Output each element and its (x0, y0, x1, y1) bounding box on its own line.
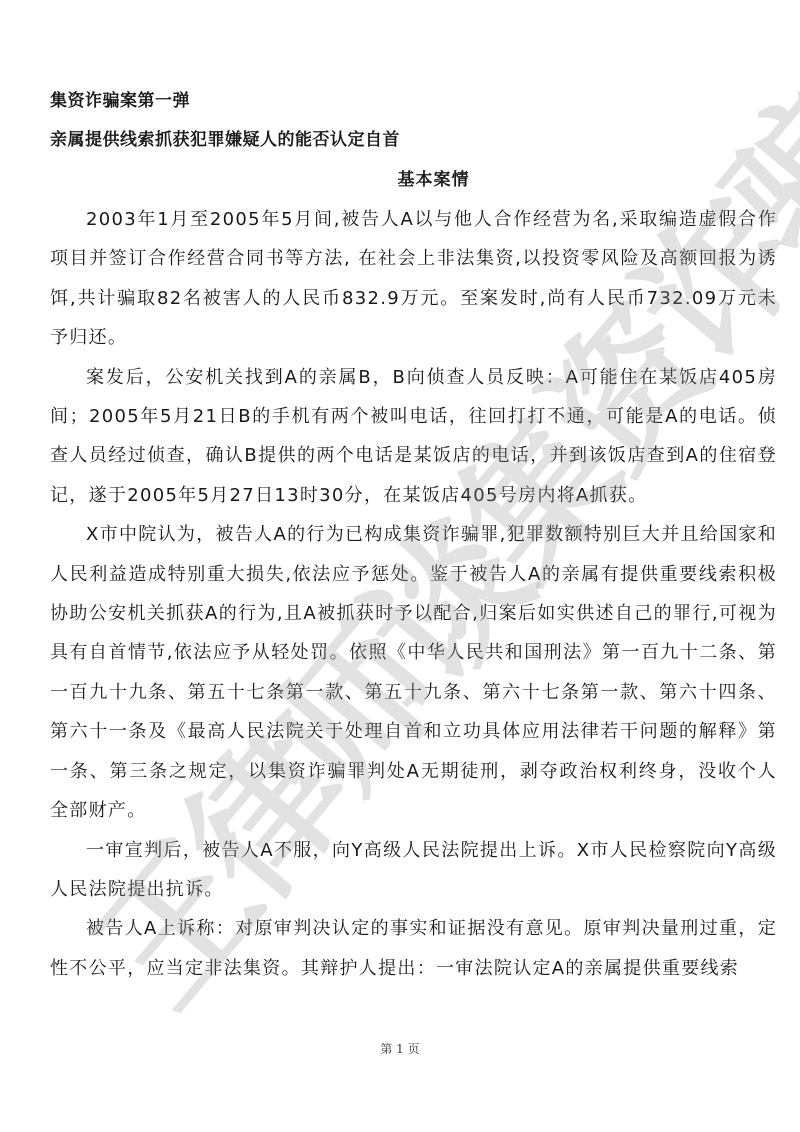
case-title: 亲属提供线索抓获犯罪嫌疑人的能否认定自首 (50, 121, 777, 160)
paragraph-appeal: 一审宣判后，被告人A不服，向Y高级人民法院提出上诉。X市人民检察院向Y高级人民法… (50, 831, 777, 910)
document-body: 集资诈骗案第一弹 亲属提供线索抓获犯罪嫌疑人的能否认定自首 基本案情 2003年… (50, 82, 777, 988)
paragraph-arrest: 案发后，公安机关找到A的亲属B，B向侦查人员反映：A可能住在某饭店405房间；2… (50, 358, 777, 516)
paragraph-first-instance-ruling: X市中院认为，被告人A的行为已构成集资诈骗罪,犯罪数额特别巨大并且给国家和人民利… (50, 515, 777, 830)
section-heading: 基本案情 (90, 160, 777, 200)
paragraph-appeal-grounds: 被告人A上诉称：对原审判决认定的事实和证据没有意见。原审判决量刑过重，定性不公平… (50, 909, 777, 988)
document-page: 王律师谈集资诈骗 集资诈骗案第一弹 亲属提供线索抓获犯罪嫌疑人的能否认定自首 基… (0, 0, 800, 1132)
paragraph-facts: 2003年1月至2005年5月间,被告人A以与他人合作经营为名,采取编造虚假合作… (50, 200, 777, 358)
series-title: 集资诈骗案第一弹 (50, 82, 777, 121)
page-number: 第 1 页 (0, 1040, 800, 1057)
